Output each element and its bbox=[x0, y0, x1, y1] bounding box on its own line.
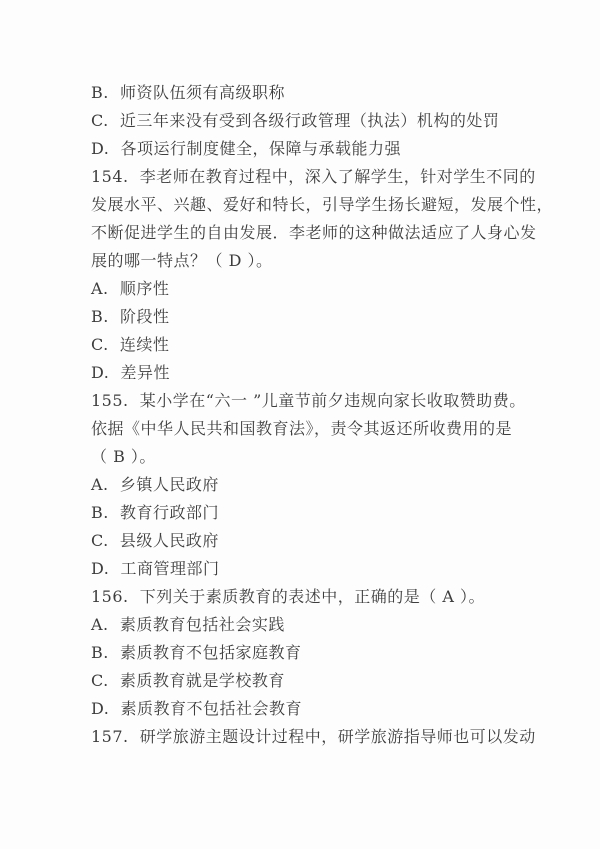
text-line: B. 教育行政部门 bbox=[91, 499, 511, 527]
text-line: A. 顺序性 bbox=[91, 275, 511, 303]
text-line: 154. 李老师在教育过程中，深入了解学生，针对学生不同的 bbox=[91, 163, 511, 191]
text-line: D. 素质教育不包括社会教育 bbox=[91, 695, 511, 723]
text-line: C. 连续性 bbox=[91, 331, 511, 359]
text-line: D. 各项运行制度健全，保障与承载能力强 bbox=[91, 135, 511, 163]
text-line: 展的哪一特点？（ D ）。 bbox=[91, 247, 511, 275]
text-line: 157. 研学旅游主题设计过程中，研学旅游指导师也可以发动 bbox=[91, 723, 511, 751]
text-line: B. 素质教育不包括家庭教育 bbox=[91, 639, 511, 667]
text-line: C. 近三年来没有受到各级行政管理（执法）机构的处罚 bbox=[91, 107, 511, 135]
text-line: 155. 某小学在“六一 ”儿童节前夕违规向家长收取赞助费。 bbox=[91, 387, 511, 415]
text-line: D. 差异性 bbox=[91, 359, 511, 387]
text-block: B. 师资队伍须有高级职称 C. 近三年来没有受到各级行政管理（执法）机构的处罚… bbox=[91, 79, 511, 751]
document-page: B. 师资队伍须有高级职称 C. 近三年来没有受到各级行政管理（执法）机构的处罚… bbox=[0, 0, 600, 849]
text-line: 156. 下列关于素质教育的表述中，正确的是（ A ）。 bbox=[91, 583, 511, 611]
text-line: 依据《中华人民共和国教育法》，责令其返还所收费用的是 bbox=[91, 415, 511, 443]
text-line: C. 素质教育就是学校教育 bbox=[91, 667, 511, 695]
text-line: A. 素质教育包括社会实践 bbox=[91, 611, 511, 639]
text-line: （ B ）。 bbox=[91, 443, 511, 471]
text-line: D. 工商管理部门 bbox=[91, 555, 511, 583]
text-line: 不断促进学生的自由发展．李老师的这种做法适应了人身心发 bbox=[91, 219, 511, 247]
text-line: A. 乡镇人民政府 bbox=[91, 471, 511, 499]
text-line: B. 阶段性 bbox=[91, 303, 511, 331]
text-line: 发展水平、兴趣、爱好和特长，引导学生扬长避短，发展个性， bbox=[91, 191, 511, 219]
text-line: B. 师资队伍须有高级职称 bbox=[91, 79, 511, 107]
text-line: C. 县级人民政府 bbox=[91, 527, 511, 555]
